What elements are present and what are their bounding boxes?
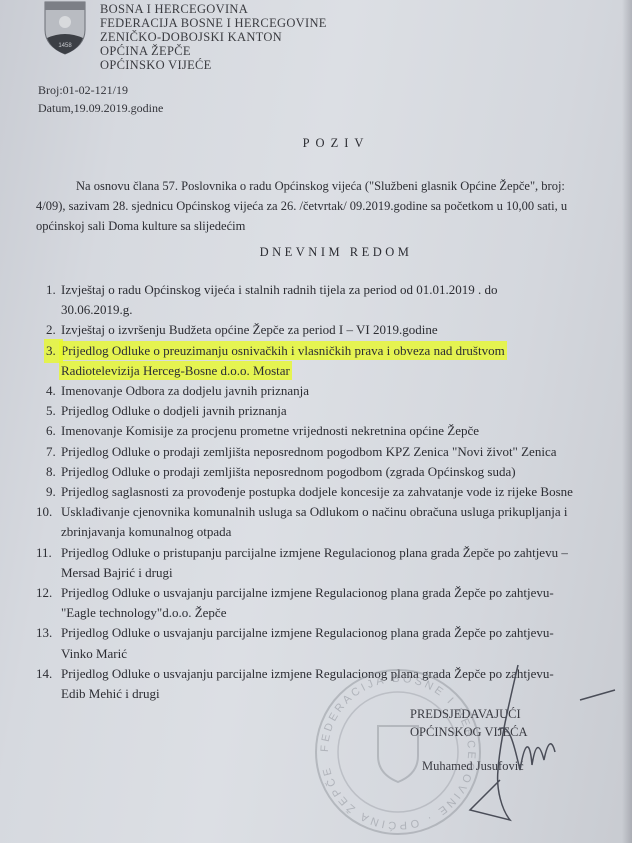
agenda-item-text: Prijedlog Odluke o prodaji zemljišta nep… xyxy=(61,462,626,482)
agenda-item: 7.Prijedlog Odluke o prodaji zemljišta n… xyxy=(46,442,626,462)
agenda-item-number: 12. xyxy=(36,583,58,603)
agenda-item-text: Prijedlog Odluke o pristupanju parcijaln… xyxy=(61,543,626,563)
agenda-item: 3.Prijedlog Odluke o preuzimanju osnivač… xyxy=(46,341,626,381)
svg-text:1458: 1458 xyxy=(58,43,72,49)
agenda-item-number: 10. xyxy=(36,502,58,522)
agenda-item-text: Mersad Bajrić i drugi xyxy=(61,563,626,583)
reference-number: Broj:01-02-121/19 xyxy=(38,81,163,99)
agenda-item-text: Prijedlog saglasnosti za provođenje post… xyxy=(61,482,626,502)
agenda-item-text: Imenovanje Komisije za procjenu prometne… xyxy=(61,421,626,441)
agenda-item: 10.Usklađivanje cjenovnika komunalnih us… xyxy=(46,502,626,542)
letterhead-line: OPĆINSKO VIJEĆE xyxy=(100,58,327,72)
intro-line: Na osnovu člana 57. Poslovnika o radu Op… xyxy=(36,176,616,196)
agenda-item: 2.Izvještaj o izvršenju Budžeta općine Ž… xyxy=(46,320,626,340)
letterhead: BOSNA I HERCEGOVINA FEDERACIJA BOSNE I H… xyxy=(100,2,327,72)
agenda-item: 12.Prijedlog Odluke o usvajanju parcijal… xyxy=(46,583,626,623)
agenda-item-text: Prijedlog Odluke o usvajanju parcijalne … xyxy=(61,623,626,643)
agenda-item-number: 8. xyxy=(46,462,61,482)
agenda-item-number: 5. xyxy=(46,401,61,421)
document-date: Datum,19.09.2019.godine xyxy=(38,99,163,117)
document-title: POZIV xyxy=(0,136,632,151)
agenda-item-number: 7. xyxy=(46,442,61,462)
agenda-item-text: "Eagle technology"d.o.o. Žepče xyxy=(61,603,626,623)
agenda-item-text: Imenovanje Odbora za dodjelu javnih priz… xyxy=(61,381,626,401)
intro-line: 4/09), sazivam 28. sjednicu Općinskog vi… xyxy=(36,196,616,216)
agenda-item-text: Izvještaj o radu Općinskog vijeća i stal… xyxy=(61,280,626,300)
agenda-item-text: Prijedlog Odluke o dodjeli javnih prizna… xyxy=(61,401,626,421)
handwritten-signature-icon xyxy=(440,660,632,840)
agenda-item-text: Izvještaj o izvršenju Budžeta općine Žep… xyxy=(61,320,626,340)
agenda-item: 9.Prijedlog saglasnosti za provođenje po… xyxy=(46,482,626,502)
letterhead-line: BOSNA I HERCEGOVINA xyxy=(100,2,327,16)
agenda-item-text: Prijedlog Odluke o usvajanju parcijalne … xyxy=(61,583,626,603)
agenda-item-number: 14. xyxy=(36,664,58,684)
agenda-item-text: Radiotelevizija Herceg-Bosne d.o.o. Most… xyxy=(61,361,626,381)
agenda-item-number: 2. xyxy=(46,320,61,340)
agenda-item: 1.Izvještaj o radu Općinskog vijeća i st… xyxy=(46,280,626,320)
agenda-item: 5.Prijedlog Odluke o dodjeli javnih priz… xyxy=(46,401,626,421)
agenda-item: 6.Imenovanje Komisije za procjenu promet… xyxy=(46,421,626,441)
agenda-item-number: 9. xyxy=(46,482,61,502)
document-meta: Broj:01-02-121/19 Datum,19.09.2019.godin… xyxy=(38,81,163,117)
agenda-item-text: Prijedlog Odluke o prodaji zemljišta nep… xyxy=(61,442,626,462)
letterhead-line: FEDERACIJA BOSNE I HERCEGOVINE xyxy=(100,16,327,30)
agenda-list: 1.Izvještaj o radu Općinskog vijeća i st… xyxy=(46,280,626,704)
agenda-item-number: 11. xyxy=(36,543,58,563)
agenda-item: 8.Prijedlog Odluke o prodaji zemljišta n… xyxy=(46,462,626,482)
agenda-item-text: Usklađivanje cjenovnika komunalnih uslug… xyxy=(61,502,626,522)
agenda-item: 13.Prijedlog Odluke o usvajanju parcijal… xyxy=(46,623,626,663)
agenda-item: 11.Prijedlog Odluke o pristupanju parcij… xyxy=(46,543,626,583)
agenda-item-number: 4. xyxy=(46,381,61,401)
agenda-item-number: 13. xyxy=(36,623,58,643)
intro-paragraph: Na osnovu člana 57. Poslovnika o radu Op… xyxy=(36,176,616,236)
agenda-item-number: 3. xyxy=(46,341,61,361)
agenda-item-number: 1. xyxy=(46,280,61,300)
intro-line: općinskoj sali Doma kulture sa slijedeći… xyxy=(36,216,616,236)
agenda-item-text: zbrinjavanja komunalnog otpada xyxy=(61,522,626,542)
agenda-item-number: 6. xyxy=(46,421,61,441)
agenda-heading: DNEVNIM REDOM xyxy=(0,245,632,260)
letterhead-line: ZENIČKO-DOBOJSKI KANTON xyxy=(100,30,327,44)
agenda-item-text: 30.06.2019.g. xyxy=(61,300,626,320)
letterhead-line: OPĆINA ŽEPČE xyxy=(100,44,327,58)
agenda-item-text: Prijedlog Odluke o preuzimanju osnivački… xyxy=(61,341,626,361)
coat-of-arms-icon: 1458 xyxy=(42,0,88,56)
agenda-item: 4.Imenovanje Odbora za dodjelu javnih pr… xyxy=(46,381,626,401)
